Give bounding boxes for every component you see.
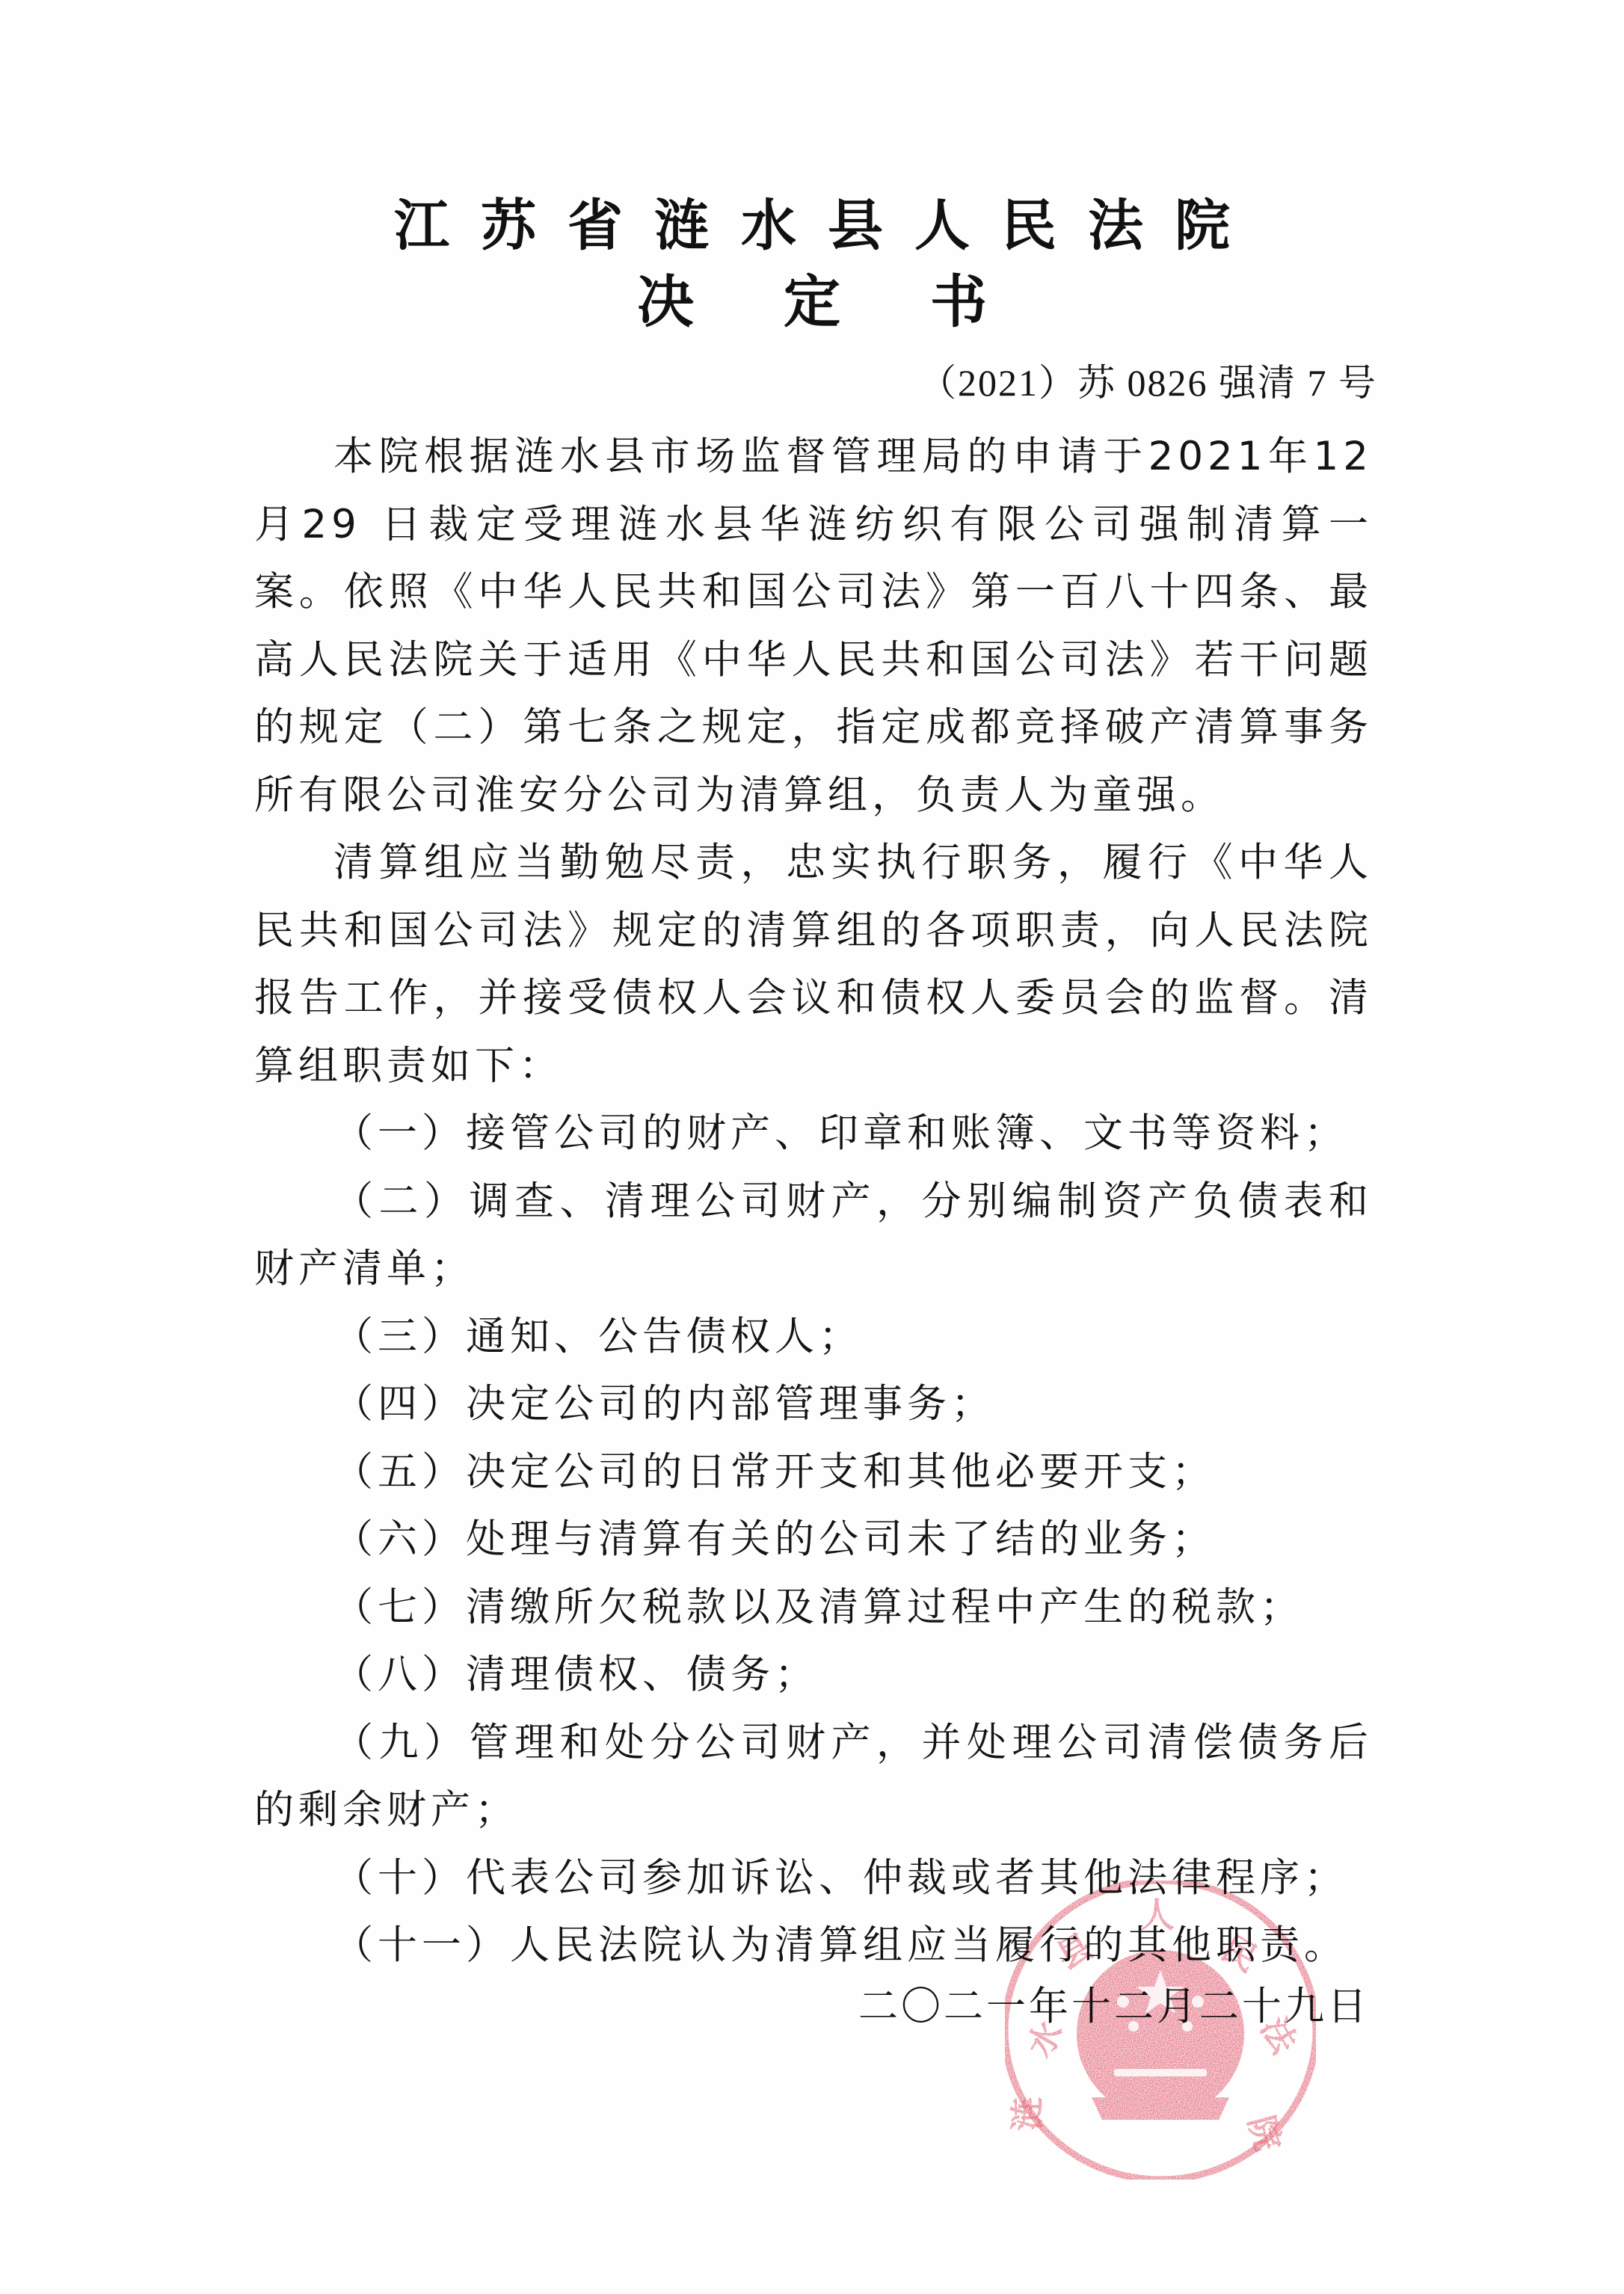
duty-item: （六）处理与清算有关的公司未了结的业务； bbox=[254, 1506, 1373, 1574]
paragraph-appointment: 本院根据涟水县市场监督管理局的申请于2021年12月29 日裁定受理涟水县华涟纺… bbox=[254, 423, 1373, 829]
duty-item: （十）代表公司参加诉讼、仲裁或者其他法律程序； bbox=[254, 1845, 1373, 1913]
court-name-heading: 江苏省涟水县人民法院 bbox=[0, 196, 1624, 256]
duty-item: （二）调查、清理公司财产，分别编制资产负债表和财产清单； bbox=[254, 1168, 1373, 1303]
duty-item: （四）决定公司的内部管理事务； bbox=[254, 1371, 1373, 1439]
svg-text:院: 院 bbox=[1240, 2112, 1288, 2155]
duty-item: （七）清缴所欠税款以及清算过程中产生的税款； bbox=[254, 1574, 1373, 1642]
issue-date: 二〇二一年十二月二十九日 bbox=[858, 1984, 1370, 2029]
duty-item: （一）接管公司的财产、印章和账簿、文书等资料； bbox=[254, 1100, 1373, 1168]
duty-item: （五）决定公司的日常开支和其他必要开支； bbox=[254, 1439, 1373, 1507]
duty-item: （九）管理和处分公司财产，并处理公司清偿债务后的剩余财产； bbox=[254, 1709, 1373, 1845]
document-body: 本院根据涟水县市场监督管理局的申请于2021年12月29 日裁定受理涟水县华涟纺… bbox=[254, 423, 1373, 1980]
duty-item: （八）清理债权、债务； bbox=[254, 1641, 1373, 1709]
svg-text:涟: 涟 bbox=[1007, 2097, 1048, 2131]
document-page: 江苏省涟水县人民法院 决定书 （2021）苏 0826 强清 7 号 本院根据涟… bbox=[0, 0, 1624, 2294]
duties-list: （一）接管公司的财产、印章和账簿、文书等资料； （二）调查、清理公司财产，分别编… bbox=[254, 1100, 1373, 1980]
duty-item: （十一）人民法院认为清算组应当履行的其他职责。 bbox=[254, 1912, 1373, 1980]
document-type-heading: 决定书 bbox=[0, 271, 1624, 333]
paragraph-duties-intro: 清算组应当勤勉尽责，忠实执行职务，履行《中华人民共和国公司法》规定的清算组的各项… bbox=[254, 829, 1373, 1100]
duty-item: （三）通知、公告债权人； bbox=[254, 1303, 1373, 1371]
case-number: （2021）苏 0826 强清 7 号 bbox=[919, 360, 1377, 405]
